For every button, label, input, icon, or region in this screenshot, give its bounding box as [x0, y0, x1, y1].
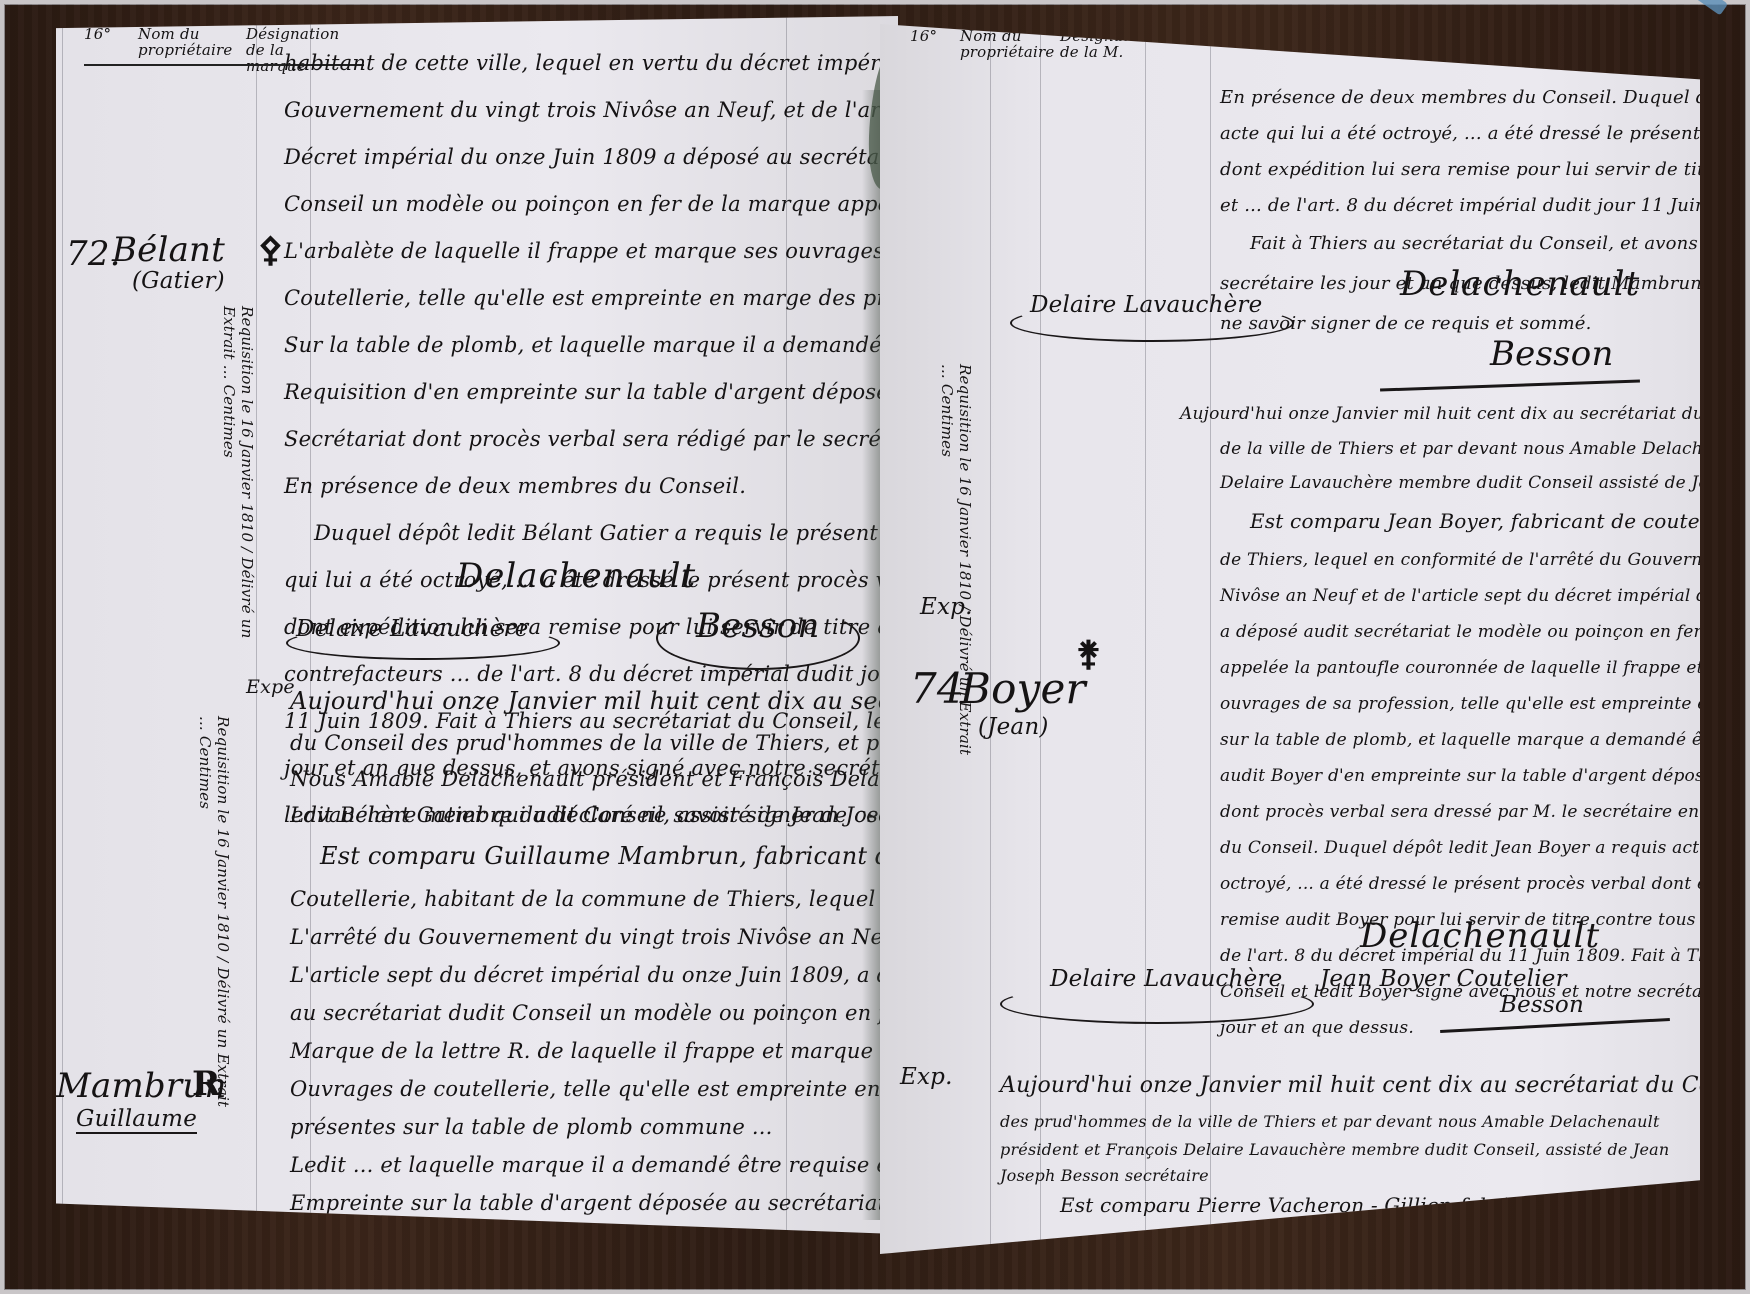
expedition-note: Exp. [900, 1064, 953, 1090]
margin-note: Requisition le 16 Janvier 1810 / Délivré… [196, 716, 232, 1116]
column-header-number: 16° [910, 28, 937, 44]
text-line: a déposé audit secrétariat le modèle ou … [1180, 614, 1750, 650]
text-line-mark-name: appelée la pantoufle couronnée de laquel… [1180, 650, 1750, 686]
text-line: de la ville de Thiers et par devant nous… [1180, 432, 1750, 466]
text-line: Joseph Besson secrétaire [1000, 1164, 1750, 1188]
entry-73-continuation: En présence de deux membres du Conseil. … [1220, 80, 1750, 344]
column-header-number: 16° [84, 26, 111, 42]
crowned-slipper-mark-icon: ⚵ [1076, 634, 1101, 674]
text-line: de Thiers, lequel en conformité de l'arr… [1180, 542, 1750, 578]
text-line: octroyé, ... a été dressé le présent pro… [1180, 866, 1750, 902]
text-line: En présence de deux membres du Conseil. … [1220, 80, 1750, 116]
signature-besson: Besson [1500, 992, 1584, 1018]
signature-flourish [1000, 984, 1314, 1024]
owner-given-name: (Jean) [978, 714, 1049, 740]
text-line: Delaire Lavauchère membre dudit Conseil … [1180, 466, 1750, 500]
text-line: des prud'hommes de la ville de Thiers et… [1000, 1108, 1750, 1136]
text-line: Aujourd'hui onze Janvier mil huit cent d… [1000, 1064, 1750, 1108]
entry-number: 74 [910, 664, 964, 713]
expedition-note: Expé [246, 676, 295, 698]
column-rule [990, 24, 991, 1254]
margin-note: Requisition le 16 Janvier 1810 / Délivré… [220, 306, 256, 686]
owner-surname: Boyer [960, 664, 1086, 713]
signature-stroke [1380, 379, 1640, 391]
signature-delachenault: Delachenault [1400, 264, 1640, 304]
text-line: audit Boyer d'en empreinte sur la table … [1180, 758, 1750, 794]
left-page: 16° Nom du propriétaire Désignation de l… [56, 16, 898, 1234]
owner-surname: Bélant [112, 230, 225, 270]
text-line: du Conseil. Duquel dépôt ledit Jean Boye… [1180, 830, 1750, 866]
owner-given-name: Guillaume [76, 1106, 197, 1134]
text-line: président et François Delaire Lavauchère… [1000, 1136, 1750, 1164]
signature-delachenault: Delachenault [456, 556, 696, 596]
signature-jean-boyer: Jean Boyer Coutelier [1320, 966, 1567, 992]
crossbow-mark-icon: ⚴ [258, 230, 283, 270]
column-rule [256, 16, 257, 1234]
signature-besson: Besson [1490, 334, 1614, 374]
text-line: dont expédition lui sera remise pour lui… [1220, 152, 1750, 188]
signature-flourish [286, 626, 560, 660]
text-line: et ... de l'art. 8 du décret impérial du… [1220, 188, 1750, 224]
text-line: dont procès verbal sera dressé par M. le… [1180, 794, 1750, 830]
letter-r-mark-icon: R [192, 1064, 220, 1104]
signature-flourish [1010, 304, 1294, 342]
text-line: Est comparu Jean Boyer, fabricant de cou… [1180, 500, 1750, 542]
text-line: sur la table de plomb, et laquelle marqu… [1180, 722, 1750, 758]
text-line: ne savoir signer de ce requis et sommé. [1220, 304, 1750, 344]
text-line: ouvrages de sa profession, telle qu'elle… [1180, 686, 1750, 722]
text-line: Fait à Thiers au secrétariat du Conseil,… [1220, 224, 1750, 264]
text-line: acte qui lui a été octroyé, ... a été dr… [1220, 116, 1750, 152]
text-line: Aujourd'hui onze Janvier mil huit cent d… [1180, 396, 1750, 432]
owner-given-name: (Gatier) [132, 268, 225, 294]
text-line: Nivôse an Neuf et de l'article sept du d… [1180, 578, 1750, 614]
column-header-owner: Nom du propriétaire [138, 26, 218, 58]
signature-flourish [656, 606, 860, 670]
expedition-note: Exp. [920, 594, 973, 620]
right-page: 16° Nom du propriétaire Désignation de l… [880, 24, 1700, 1254]
margin-rule [62, 16, 63, 1234]
signature-delachenault: Delachenault [1360, 916, 1600, 956]
